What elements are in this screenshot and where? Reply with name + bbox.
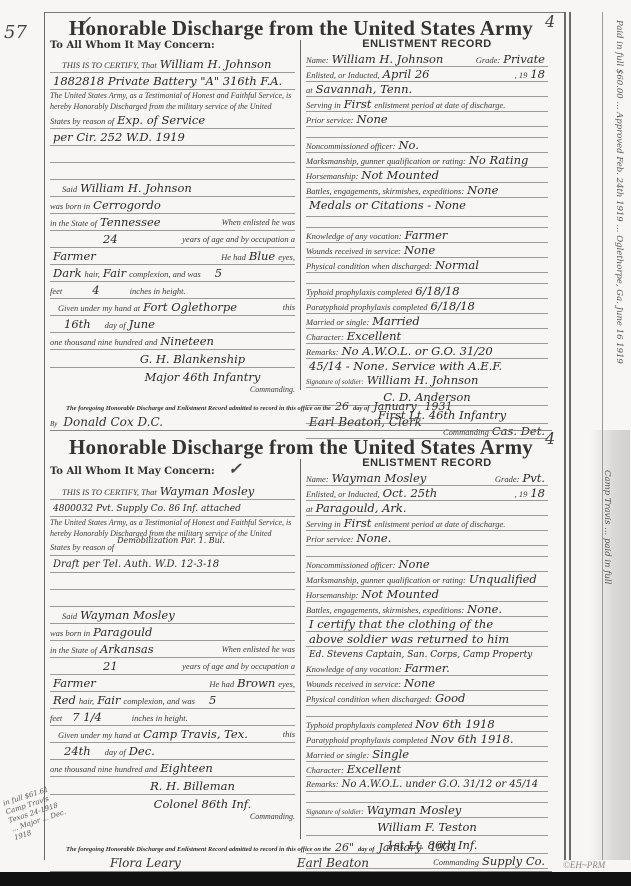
said-label: Said [62, 184, 77, 194]
margin-note-bottom-right: Camp Travis ... paid in full [602, 470, 612, 584]
age-suffix: years of age and by occupation a [182, 658, 295, 674]
birthplace: Cerrogordo [93, 198, 161, 212]
year-prefix: , 19 [515, 70, 528, 80]
serving-suffix: enlistment period at date of discharge. [374, 519, 505, 529]
married-value: Single [372, 747, 409, 761]
remarks-line: Remarks:No A.W.O.L. or G.O. 31/20 [306, 344, 548, 359]
married-label: Married or single: [306, 317, 369, 327]
typhoid-value: 6/18/18 [415, 284, 459, 298]
complexion-value: Fair [97, 693, 120, 707]
record-month: January [378, 841, 421, 854]
deputy-clerk: Donald Cox D.C. [63, 415, 163, 429]
extra-line-1: Medals or Citations - None [306, 198, 548, 217]
serving-line: Serving inFirstenlistment period at date… [306, 97, 548, 112]
signature-line: Signature of soldier:William H. Johnson [306, 373, 548, 388]
discharge-reason: Draft per Tel. Auth. W.D. 12-3-18 [53, 559, 219, 570]
nco-value: None [398, 557, 429, 571]
said-line: SaidWilliam H. Johnson [50, 180, 295, 197]
blank-line [306, 546, 548, 557]
testimonial-text: The United States Army, as a Testimonial… [50, 90, 295, 112]
physical-line: Physical condition when discharged:Good [306, 691, 548, 706]
enlisted-place: Savannah, Tenn. [316, 82, 413, 96]
eyes-label: He had [209, 679, 234, 689]
physical-label: Physical condition when discharged: [306, 694, 432, 704]
inches-label: inches in height. [132, 713, 188, 723]
horsemanship-line: Horsemanship:Not Mounted [306, 587, 548, 602]
marksmanship-value: No Rating [469, 153, 529, 167]
name-label: Name: [306, 55, 329, 65]
year-line: one thousand nine hundred andEighteen [50, 760, 295, 777]
blank-line [306, 706, 548, 717]
paratyphoid-label: Paratyphoid prophylaxis completed [306, 302, 428, 312]
serial-number-unit: 1882818 Private Battery "A" 316th F.A. [53, 74, 282, 88]
remarks-value-2: 45/14 - None. Service with A.E.F. [309, 359, 502, 373]
born-label: was born in [50, 628, 90, 638]
state-line: in the State ofTennesseeWhen enlisted he… [50, 214, 295, 231]
blank-line [50, 146, 295, 163]
extra-note-3: Ed. Stevens Captain, San. Corps, Camp Pr… [309, 650, 532, 660]
battles-line: Battles, engagements, skirmishes, expedi… [306, 183, 548, 198]
year-line: one thousand nine hundred andNineteen [50, 333, 295, 350]
physical-line: Physical condition when discharged:Norma… [306, 258, 548, 273]
grade-value: Pvt. [522, 471, 545, 485]
state-line: in the State ofArkansasWhen enlisted he … [50, 641, 295, 658]
at-label: at [306, 504, 313, 514]
prior-line: Prior service:None [306, 112, 548, 127]
remarks-label: Remarks: [306, 347, 339, 357]
blank-line [306, 792, 548, 803]
hair-label: hair, [85, 269, 100, 279]
prior-line: Prior service:None. [306, 531, 548, 546]
marksmanship-label: Marksmanship, gunner qualification or ra… [306, 575, 466, 585]
enlistee-name: William H. Johnson [332, 52, 444, 66]
character-label: Character: [306, 332, 344, 342]
at-label: at [306, 85, 313, 95]
discharge-reason: Exp. of Service [117, 113, 205, 127]
officer-signature: William F. Teston [306, 818, 548, 836]
age-line: 24years of age and by occupation a [50, 231, 295, 248]
month-value: Dec. [129, 744, 155, 758]
record-statement-line: The foregoing Honorable Discharge and En… [50, 400, 552, 414]
grade-label: Grade: [495, 474, 520, 484]
height-line: feet7 1/4inches in height. [50, 709, 295, 726]
eyes-suffix: eyes, [278, 252, 295, 262]
typhoid-value: Nov 6th 1918 [415, 717, 494, 731]
eyes-label: He had [221, 252, 246, 262]
officer-signature: R. H. Billeman [50, 777, 295, 795]
marksmanship-line: Marksmanship, gunner qualification or ra… [306, 572, 548, 587]
wounds-value: None [404, 243, 435, 257]
nco-line: Noncommissioned officer:No. [306, 138, 548, 153]
nco-value: No. [398, 138, 418, 152]
certify-label: THIS IS TO CERTIFY, That [62, 60, 157, 70]
signature-line: Signature of soldier:Wayman Mosley [306, 803, 548, 818]
said-name: William H. Johnson [80, 181, 192, 195]
discharge-reason-2: per Cir. 252 W.D. 1919 [53, 130, 185, 144]
complexion-value: Fair [103, 266, 126, 280]
paratyphoid-line: Paratyphoid prophylaxis completed6/18/18 [306, 299, 548, 314]
battles-label: Battles, engagements, skirmishes, expedi… [306, 186, 464, 196]
blank-line [50, 590, 295, 607]
officer-name: G. H. Blankenship [140, 352, 245, 366]
enlisted-label: When enlisted he was [222, 641, 295, 657]
birth-state: Tennessee [100, 215, 161, 229]
age-value: 21 [103, 659, 118, 673]
character-line: Character:Excellent [306, 329, 548, 344]
physical-value: Normal [435, 258, 479, 272]
birthplace: Paragould [93, 625, 152, 639]
soldier-name: William H. Johnson [160, 57, 272, 71]
nco-label: Noncommissioned officer: [306, 141, 395, 151]
year-prefix: , 19 [515, 489, 528, 499]
record-day: 26 [335, 400, 349, 413]
married-line: Married or single:Single [306, 747, 548, 762]
page-number-note: 57 [4, 22, 27, 43]
born-line: was born inCerrogordo [50, 197, 295, 214]
corner-mark: 4 [545, 429, 555, 448]
year-label: one thousand nine hundred and [50, 337, 157, 347]
enlisted-label: Enlisted, or Inducted, [306, 70, 380, 80]
record-year: 1931 [425, 400, 453, 413]
occupation-value: Farmer [53, 676, 96, 690]
character-line: Character:Excellent [306, 762, 548, 777]
inches-label: inches in height. [130, 286, 186, 296]
prior-value: None. [356, 531, 391, 545]
corner-mark: 4 [545, 12, 555, 31]
extra-note-1: I certify that the clothing of the [309, 617, 493, 631]
hair-label: hair, [79, 696, 94, 706]
reason-label: States by reason of [50, 116, 114, 126]
discharge-section: To All Whom It May Concern: ✓ THIS IS TO… [50, 459, 295, 821]
age-value: 24 [103, 232, 118, 246]
eye-color: Blue [249, 249, 275, 263]
reason-label: States by reason of [50, 542, 114, 552]
column-divider [300, 459, 301, 839]
hair-line: Redhair,Faircomplexion, and was5 [50, 692, 295, 709]
vocation-value: Farmer [405, 228, 448, 242]
paratyphoid-value: Nov 6th 1918. [431, 732, 514, 746]
officer-title: Colonel 86th Inf. [154, 797, 252, 811]
certify-line: THIS IS TO CERTIFY, ThatWayman Mosley [50, 483, 295, 500]
day-label: day of [105, 747, 126, 757]
remarks-label: Remarks: [306, 779, 339, 789]
serial-line: 4800032 Pvt. Supply Co. 86 Inf. attached [50, 500, 295, 517]
complexion-label: complexion, and was [129, 269, 201, 279]
officer-name: William F. Teston [377, 820, 477, 834]
discharge-section: To All Whom It May Concern: THIS IS TO C… [50, 40, 295, 394]
name-line: Name:William H. JohnsonGrade:Private [306, 52, 548, 67]
salutation: To All Whom It May Concern: [50, 40, 295, 51]
given-label: Given under my hand at [58, 730, 140, 740]
officer-name: R. H. Billeman [150, 779, 235, 793]
frame-right-rule-1 [564, 12, 566, 860]
officer-title-line: Colonel 86th Inf. [50, 795, 295, 812]
vocation-label: Knowledge of any vocation: [306, 231, 402, 241]
typhoid-line: Typhoid prophylaxis completed6/18/18 [306, 284, 548, 299]
wounds-line: Wounds received in service:None [306, 243, 548, 258]
scan-edge [0, 872, 631, 886]
day-line: 24thday ofDec. [50, 743, 295, 760]
commanding-label: Commanding. [50, 812, 295, 821]
day-label: day of [105, 320, 126, 330]
occupation-line: FarmerHe hadBrowneyes, [50, 675, 295, 692]
at-line: atParagould, Ark. [306, 501, 548, 516]
grade-label: Grade: [476, 55, 501, 65]
blank-line [50, 163, 295, 180]
horsemanship-label: Horsemanship: [306, 171, 358, 181]
commanding-label: Commanding. [50, 385, 295, 394]
document-sheet: 57 ✓ Honorable Discharge from the United… [0, 0, 631, 872]
wounds-label: Wounds received in service: [306, 679, 401, 689]
officer-signature: G. H. Blankenship [50, 350, 295, 368]
character-label: Character: [306, 765, 344, 775]
day-value: 24th [64, 744, 91, 758]
record-statement: The foregoing Honorable Discharge and En… [66, 846, 331, 853]
day-line: 16thday ofJune [50, 316, 295, 333]
enlisted-label: Enlisted, or Inducted, [306, 489, 380, 499]
complexion-label: complexion, and was [123, 696, 195, 706]
salutation: To All Whom It May Concern: ✓ [50, 459, 295, 478]
wounds-value: None [404, 676, 435, 690]
year-value: Nineteen [160, 334, 214, 348]
enlistee-name: Wayman Mosley [332, 471, 427, 485]
year-value: Eighteen [160, 761, 212, 775]
reason-line: States by reason ofExp. of Service [50, 112, 295, 129]
this-label: this [283, 726, 295, 742]
record-day: 26" [335, 841, 354, 854]
said-label: Said [62, 611, 77, 621]
enlisted-line: Enlisted, or Inducted,Oct. 25th, 1918 [306, 486, 548, 501]
height-inches: 4 [92, 283, 99, 297]
feet-label: feet [50, 286, 62, 296]
wounds-line: Wounds received in service:None [306, 676, 548, 691]
prior-label: Prior service: [306, 534, 353, 544]
enlisted-date: April 26 [383, 67, 430, 81]
height-feet: 5 [209, 693, 216, 707]
wounds-label: Wounds received in service: [306, 246, 401, 256]
married-line: Married or single:Married [306, 314, 548, 329]
signature-label: Signature of soldier: [306, 808, 364, 816]
year-label: one thousand nine hundred and [50, 764, 157, 774]
nco-label: Noncommissioned officer: [306, 560, 395, 570]
extra-line-2: above soldier was returned to him [306, 632, 548, 647]
hair-color: Dark [53, 266, 82, 280]
married-label: Married or single: [306, 750, 369, 760]
serving-label: Serving in [306, 519, 341, 529]
record-month: January [373, 400, 416, 413]
feet-label: feet [50, 713, 62, 723]
enlistment-heading: ENLISTMENT RECORD [306, 38, 548, 50]
soldier-name: Wayman Mosley [160, 484, 255, 498]
said-name: Wayman Mosley [80, 608, 175, 622]
serving-value: First [344, 516, 372, 530]
officer-title: Major 46th Infantry [145, 370, 261, 384]
name-line: Name:Wayman MosleyGrade:Pvt. [306, 471, 548, 486]
remarks-line-2: 45/14 - None. Service with A.E.F. [306, 359, 548, 373]
serving-line: Serving inFirstenlistment period at date… [306, 516, 548, 531]
blank-line [306, 273, 548, 284]
serial-number-unit: 4800032 Pvt. Supply Co. 86 Inf. attached [53, 504, 241, 514]
name-label: Name: [306, 474, 329, 484]
extra-line-1: I certify that the clothing of the [306, 617, 548, 632]
day-value: 16th [64, 317, 91, 331]
margin-note-top-right: Paid in full $60.00 ... Approved Feb. 24… [614, 20, 624, 364]
physical-label: Physical condition when discharged: [306, 261, 432, 271]
typhoid-label: Typhoid prophylaxis completed [306, 720, 412, 730]
born-label: was born in [50, 201, 90, 211]
record-by-line: ByDonald Cox D.C.Earl Beaton, Clerk [50, 414, 552, 431]
vocation-line: Knowledge of any vocation:Farmer. [306, 661, 548, 676]
physical-value: Good [435, 691, 465, 705]
vocation-value: Farmer. [405, 661, 450, 675]
month-value: June [129, 317, 155, 331]
certify-label: THIS IS TO CERTIFY, That [62, 487, 157, 497]
serving-label: Serving in [306, 100, 341, 110]
typhoid-label: Typhoid prophylaxis completed [306, 287, 412, 297]
frame-top-rule [44, 12, 564, 13]
salutation-text: To All Whom It May Concern: [50, 466, 215, 477]
certificate-mosley: Honorable Discharge from the United Stat… [50, 437, 552, 867]
age-suffix: years of age and by occupation a [182, 231, 295, 247]
given-location: Camp Travis, Tex. [143, 727, 248, 741]
reason-line: States by reason ofDemobilization Par. 1… [50, 539, 295, 556]
born-line: was born inParagould [50, 624, 295, 641]
height-feet: 5 [215, 266, 222, 280]
at-line: atSavannah, Tenn. [306, 82, 548, 97]
soldier-signature: Wayman Mosley [367, 803, 462, 817]
given-line: Given under my hand atCamp Travis, Tex.t… [50, 726, 295, 743]
clerk-signature: Earl Beaton [297, 856, 369, 870]
signature-label: Signature of soldier: [306, 378, 364, 386]
marksmanship-label: Marksmanship, gunner qualification or ra… [306, 156, 466, 166]
serving-value: First [344, 97, 372, 111]
nco-line: Noncommissioned officer:None [306, 557, 548, 572]
marksmanship-value: Unqualified [469, 572, 537, 586]
birth-state: Arkansas [100, 642, 154, 656]
hair-color: Red [53, 693, 76, 707]
horsemanship-line: Horsemanship:Not Mounted [306, 168, 548, 183]
column-divider [300, 40, 301, 390]
age-line: 21years of age and by occupation a [50, 658, 295, 675]
record-admission: The foregoing Honorable Discharge and En… [50, 400, 552, 431]
blank-line [306, 217, 548, 228]
enlistment-record: ENLISTMENT RECORD Name:William H. Johnso… [306, 38, 548, 439]
by-label: By [50, 420, 57, 428]
record-statement: The foregoing Honorable Discharge and En… [66, 405, 331, 412]
height-line: feet4inches in height. [50, 282, 295, 299]
paratyphoid-value: 6/18/18 [431, 299, 475, 313]
prior-value: None [356, 112, 387, 126]
paratyphoid-label: Paratyphoid prophylaxis completed [306, 735, 428, 745]
remarks-value: No A.W.O.L. under G.O. 31/12 or 45/14 [342, 779, 539, 790]
extra-note-1: Medals or Citations - None [309, 198, 466, 212]
record-year: 1931 [430, 841, 458, 854]
battles-line: Battles, engagements, skirmishes, expedi… [306, 602, 548, 617]
certify-line: THIS IS TO CERTIFY, ThatWilliam H. Johns… [50, 56, 295, 73]
this-label: this [283, 299, 295, 315]
blank-line [50, 573, 295, 590]
paratyphoid-line: Paratyphoid prophylaxis completedNov 6th… [306, 732, 548, 747]
enlisted-year: 18 [530, 67, 545, 81]
typhoid-line: Typhoid prophylaxis completedNov 6th 191… [306, 717, 548, 732]
soldier-signature: William H. Johnson [367, 373, 479, 387]
hair-line: Darkhair,Faircomplexion, and was5 [50, 265, 295, 282]
occupation-line: FarmerHe hadBlueeyes, [50, 248, 295, 265]
height-inches: 7 1/4 [72, 710, 101, 724]
eye-color: Brown [237, 676, 275, 690]
officer-title-line: Major 46th Infantry [50, 368, 295, 385]
state-label: in the State of [50, 645, 97, 655]
battles-label: Battles, engagements, skirmishes, expedi… [306, 605, 464, 615]
horsemanship-label: Horsemanship: [306, 590, 358, 600]
enlisted-date: Oct. 25th [383, 486, 437, 500]
reason-note: Demobilization Par. 1. Bul. [117, 536, 225, 545]
serving-suffix: enlistment period at date of discharge. [374, 100, 505, 110]
enlistment-heading: ENLISTMENT RECORD [306, 457, 548, 469]
remarks-line: Remarks:No A.W.O.L. under G.O. 31/12 or … [306, 777, 548, 792]
prior-label: Prior service: [306, 115, 353, 125]
battles-value: None. [467, 602, 502, 616]
record-by-line: Flora LearyEarl Beaton [50, 855, 552, 872]
given-label: Given under my hand at [58, 303, 140, 313]
enlisted-label: When enlisted he was [222, 214, 295, 230]
record-admission: The foregoing Honorable Discharge and En… [50, 841, 552, 872]
given-location: Fort Oglethorpe [143, 300, 237, 314]
reason-line-2: Draft per Tel. Auth. W.D. 12-3-18 [50, 556, 295, 573]
given-line: Given under my hand atFort Oglethorpethi… [50, 299, 295, 316]
extra-line-3: Ed. Stevens Captain, San. Corps, Camp Pr… [306, 647, 548, 661]
record-day-label: day of [353, 405, 369, 412]
extra-note-2: above soldier was returned to him [309, 632, 509, 646]
blank-line [306, 127, 548, 138]
said-line: SaidWayman Mosley [50, 607, 295, 624]
battles-value: None [467, 183, 498, 197]
enlisted-year: 18 [530, 486, 545, 500]
enlisted-place: Paragould, Ark. [316, 501, 407, 515]
marksmanship-line: Marksmanship, gunner qualification or ra… [306, 153, 548, 168]
serial-line: 1882818 Private Battery "A" 316th F.A. [50, 73, 295, 90]
married-value: Married [372, 314, 419, 328]
grade-value: Private [503, 52, 545, 66]
frame-left-rule [44, 12, 45, 860]
deputy-clerk: Flora Leary [110, 856, 181, 870]
enlisted-line: Enlisted, or Inducted,April 26, 1918 [306, 67, 548, 82]
certificate-johnson: ✓ Honorable Discharge from the United St… [50, 18, 552, 428]
character-value: Excellent [347, 762, 401, 776]
horsemanship-value: Not Mounted [361, 587, 439, 601]
watermark: ©EH~PRM [563, 860, 605, 870]
horsemanship-value: Not Mounted [361, 168, 439, 182]
occupation-value: Farmer [53, 249, 96, 263]
frame-right-rule-2 [569, 12, 571, 860]
enlistment-record: ENLISTMENT RECORD Name:Wayman MosleyGrad… [306, 457, 548, 869]
character-value: Excellent [347, 329, 401, 343]
record-statement-line: The foregoing Honorable Discharge and En… [50, 841, 552, 855]
clerk-signature: Earl Beaton, Clerk [309, 415, 422, 429]
eyes-suffix: eyes, [278, 679, 295, 689]
remarks-value: No A.W.O.L. or G.O. 31/20 [342, 344, 493, 358]
vocation-line: Knowledge of any vocation:Farmer [306, 228, 548, 243]
state-label: in the State of [50, 218, 97, 228]
vocation-label: Knowledge of any vocation: [306, 664, 402, 674]
reason-line-2: per Cir. 252 W.D. 1919 [50, 129, 295, 146]
check-mark: ✓ [228, 459, 241, 478]
record-day-label: day of [358, 846, 374, 853]
